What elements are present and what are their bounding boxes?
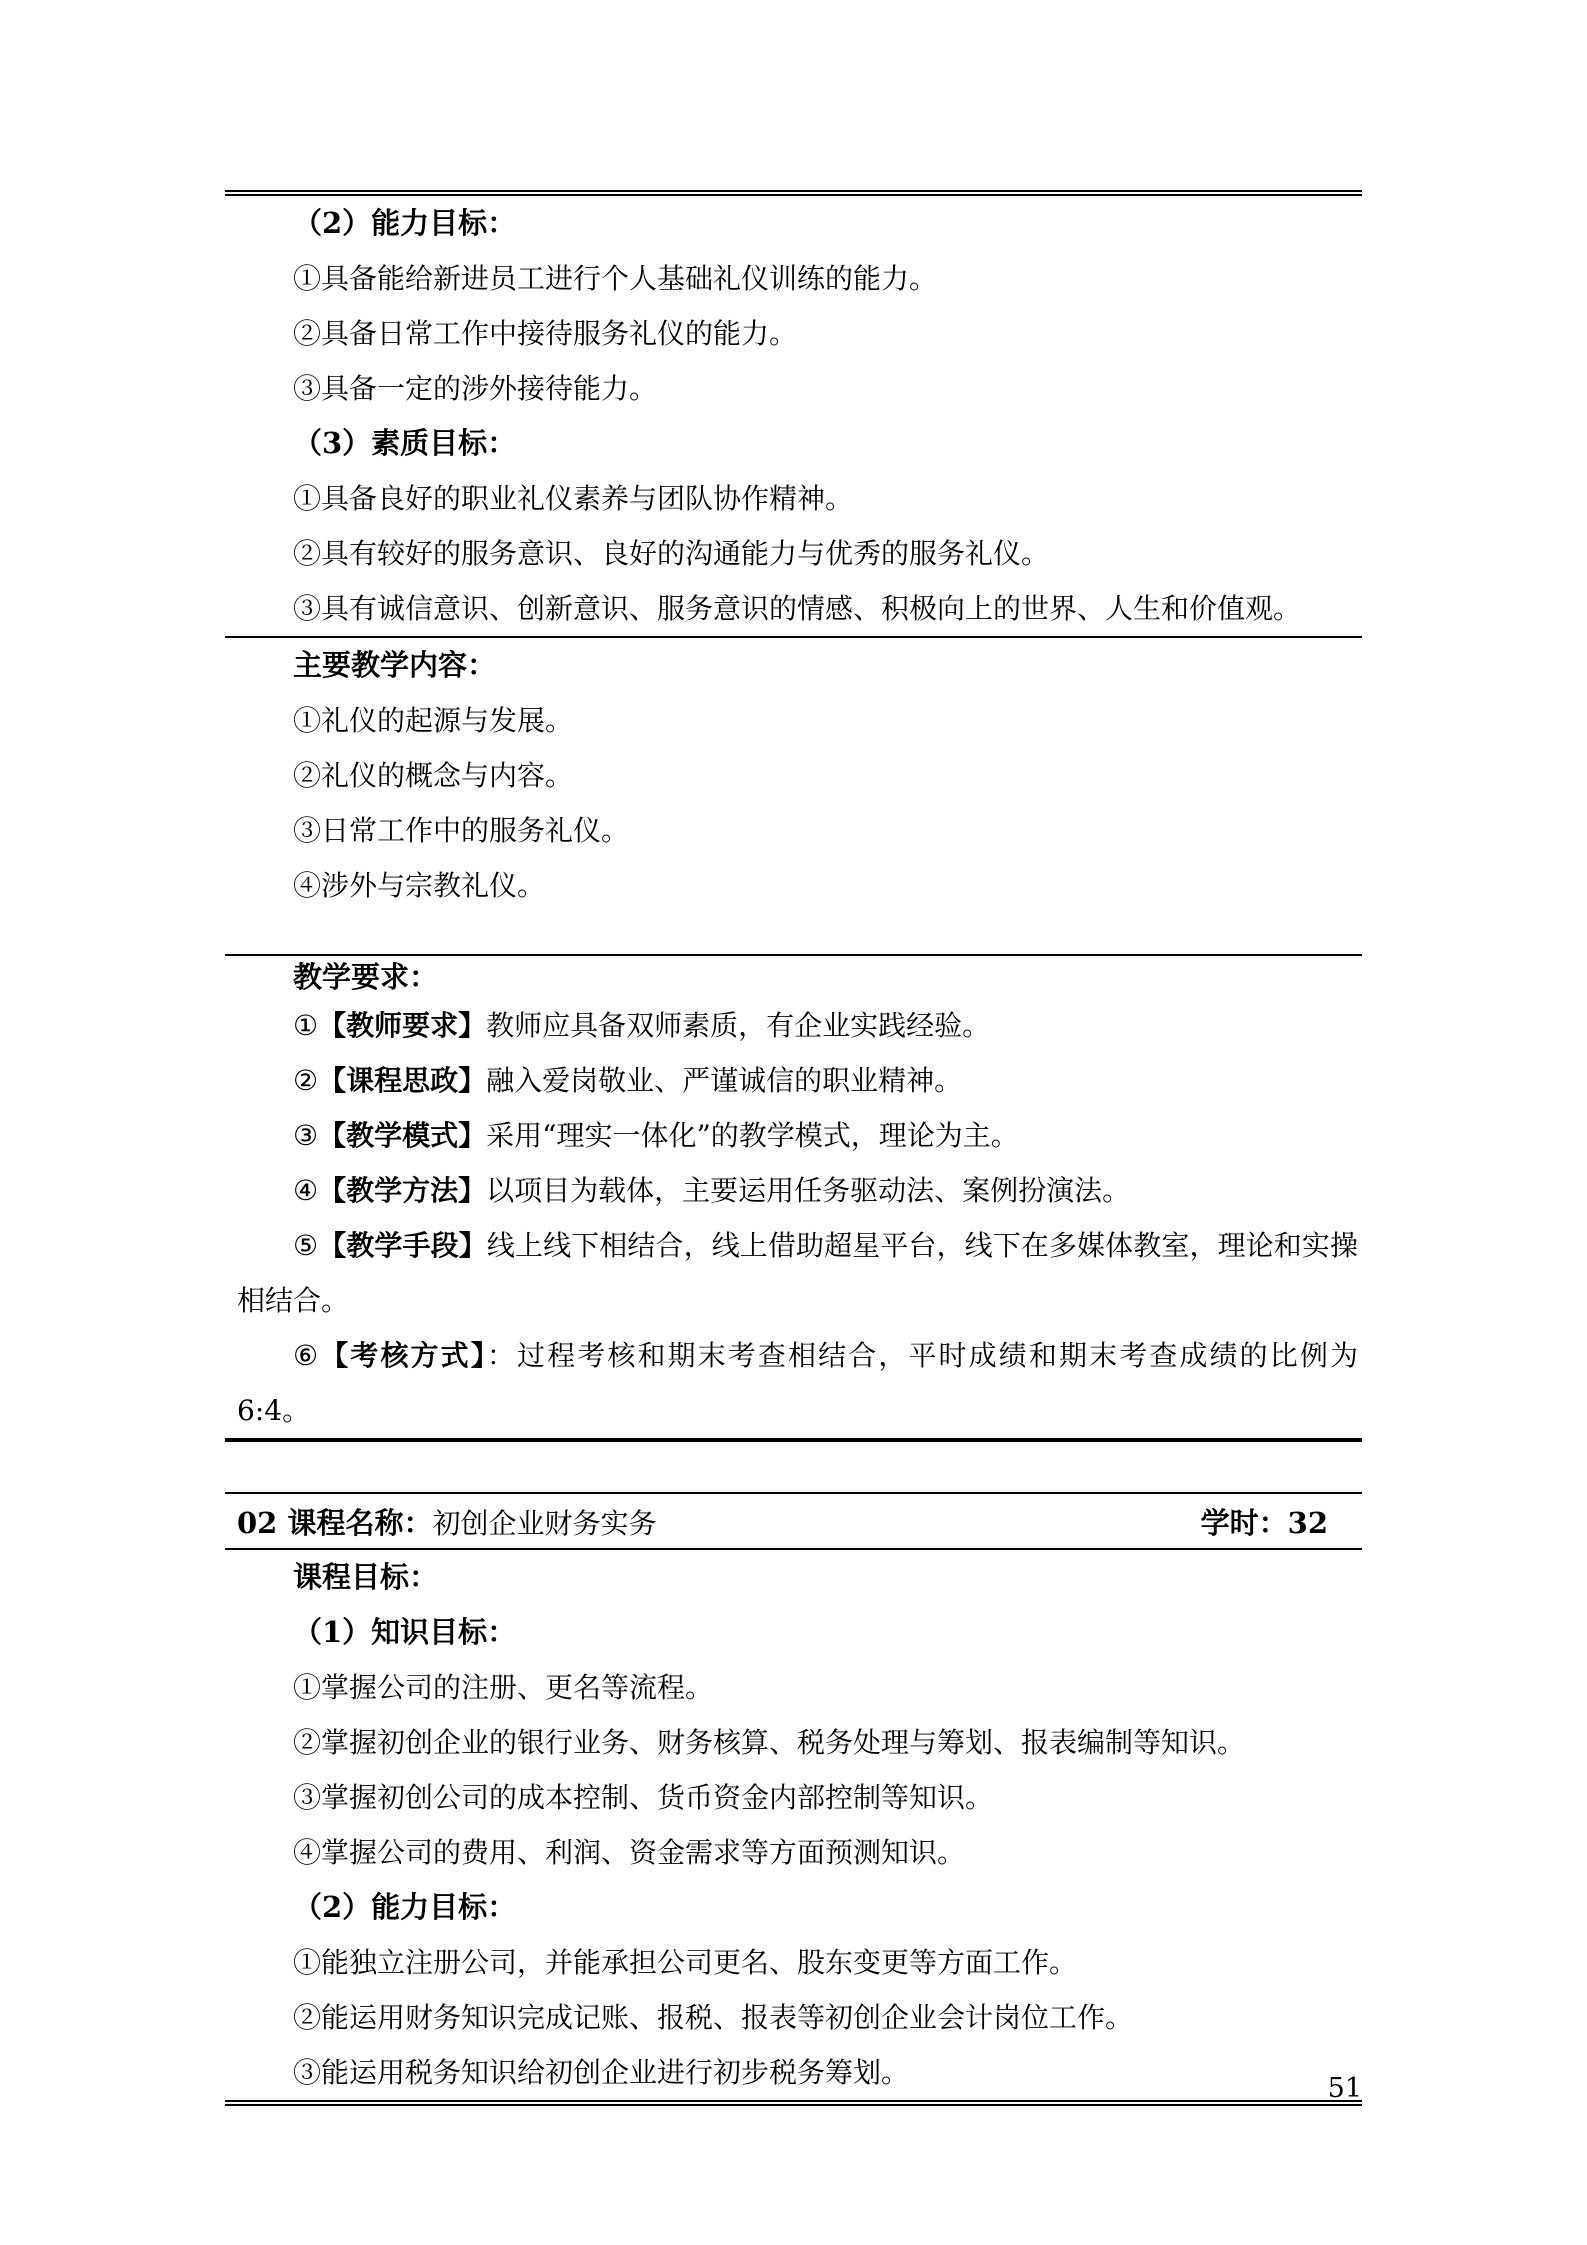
teaching-content-section: 主要教学内容： ①礼仪的起源与发展。 ②礼仪的概念与内容。 ③日常工作中的服务礼… <box>225 636 1362 954</box>
course02-hours-cell: 学时：32 <box>1201 1501 1362 1542</box>
ability-goal-item: ②具备日常工作中接待服务礼仪的能力。 <box>225 306 1362 361</box>
table-gap <box>225 1442 1362 1492</box>
item-text: 融入爱岗敬业、严谨诚信的职业精神。 <box>486 1064 962 1097</box>
item-num: ⑥ <box>293 1339 320 1372</box>
course02-index-label: 02 课程名称： <box>237 1506 432 1540</box>
item-tag: 【课程思政】 <box>318 1064 486 1097</box>
quality-goals-heading: （3）素质目标： <box>225 416 1362 471</box>
course01-goals-section: （2）能力目标： ①具备能给新进员工进行个人基础礼仪训练的能力。 ②具备日常工作… <box>225 190 1362 636</box>
hours-value: 32 <box>1288 1506 1328 1540</box>
course02-goals-section: 课程目标： （1）知识目标： ①掌握公司的注册、更名等流程。 ②掌握初创企业的银… <box>225 1550 1362 2106</box>
ability-goal-item: ①能独立注册公司，并能承担公司更名、股东变更等方面工作。 <box>225 1935 1362 1990</box>
item-tag: 【教学手段】 <box>318 1229 487 1262</box>
quality-goal-item: ②具有较好的服务意识、良好的沟通能力与优秀的服务礼仪。 <box>225 526 1362 581</box>
teaching-content-item: ②礼仪的概念与内容。 <box>225 748 1362 803</box>
knowledge-goal-item: ①掌握公司的注册、更名等流程。 <box>225 1660 1362 1715</box>
item-text: 以项目为载体，主要运用任务驱动法、案例扮演法。 <box>486 1174 1130 1207</box>
teaching-content-item: ④涉外与宗教礼仪。 <box>225 858 1362 913</box>
page-number: 51 <box>225 2072 1362 2106</box>
knowledge-goal-item: ③掌握初创公司的成本控制、货币资金内部控制等知识。 <box>225 1770 1362 1825</box>
quality-goal-item: ①具备良好的职业礼仪素养与团队协作精神。 <box>225 471 1362 526</box>
syllabus-table: （2）能力目标： ①具备能给新进员工进行个人基础礼仪训练的能力。 ②具备日常工作… <box>225 190 1362 2106</box>
item-num: ① <box>293 1009 318 1042</box>
item-tag: 【考核方式】 <box>320 1339 487 1372</box>
quality-goal-item: ③具有诚信意识、创新意识、服务意识的情感、积极向上的世界、人生和价值观。 <box>225 581 1362 636</box>
teaching-requirement-item: ④【教学方法】以项目为载体，主要运用任务驱动法、案例扮演法。 <box>225 1163 1362 1218</box>
hours-label: 学时： <box>1201 1506 1288 1540</box>
item-num: ④ <box>293 1174 318 1207</box>
knowledge-goal-item: ②掌握初创企业的银行业务、财务核算、税务处理与筹划、报表编制等知识。 <box>225 1715 1362 1770</box>
ability-goal-item: ②能运用财务知识完成记账、报税、报表等初创企业会计岗位工作。 <box>225 1990 1362 2045</box>
ability-goal-item: ①具备能给新进员工进行个人基础礼仪训练的能力。 <box>225 251 1362 306</box>
item-num: ② <box>293 1064 318 1097</box>
ability-goal-item: ③具备一定的涉外接待能力。 <box>225 361 1362 416</box>
document-page: （2）能力目标： ①具备能给新进员工进行个人基础礼仪训练的能力。 ②具备日常工作… <box>0 0 1587 2245</box>
course02-name: 初创企业财务实务 <box>432 1507 656 1540</box>
item-tag: 【教学方法】 <box>318 1174 486 1207</box>
course02-name-cell: 02 课程名称：初创企业财务实务 <box>225 1501 656 1542</box>
teaching-requirement-item: ③【教学模式】采用“理实一体化”的教学模式，理论为主。 <box>225 1108 1362 1163</box>
item-tag: 【教师要求】 <box>318 1009 486 1042</box>
knowledge-goals-heading: （1）知识目标： <box>225 1605 1362 1660</box>
teaching-content-heading: 主要教学内容： <box>225 638 1362 693</box>
item-tag: 【教学模式】 <box>318 1119 486 1152</box>
item-num: ③ <box>293 1119 318 1152</box>
item-text: 教师应具备双师素质，有企业实践经验。 <box>486 1009 990 1042</box>
teaching-requirements-section: 教学要求： ①【教师要求】教师应具备双师素质，有企业实践经验。 ②【课程思政】融… <box>225 954 1362 1442</box>
ability-goals-heading: （2）能力目标： <box>225 196 1362 251</box>
ability-goals-heading: （2）能力目标： <box>225 1880 1362 1935</box>
item-text: 采用“理实一体化”的教学模式，理论为主。 <box>486 1119 1019 1152</box>
teaching-requirement-item: ⑤【教学手段】线上线下相结合，线上借助超星平台，线下在多媒体教室，理论和实操相结… <box>225 1218 1362 1328</box>
course02-header-row: 02 课程名称：初创企业财务实务 学时：32 <box>225 1492 1362 1550</box>
teaching-requirements-heading: 教学要求： <box>225 956 1362 998</box>
teaching-content-item: ①礼仪的起源与发展。 <box>225 693 1362 748</box>
knowledge-goal-item: ④掌握公司的费用、利润、资金需求等方面预测知识。 <box>225 1825 1362 1880</box>
teaching-content-item: ③日常工作中的服务礼仪。 <box>225 803 1362 858</box>
teaching-requirement-item: ②【课程思政】融入爱岗敬业、严谨诚信的职业精神。 <box>225 1053 1362 1108</box>
teaching-requirement-item: ①【教师要求】教师应具备双师素质，有企业实践经验。 <box>225 998 1362 1053</box>
course-goal-heading: 课程目标： <box>225 1550 1362 1605</box>
teaching-requirement-item: ⑥【考核方式】：过程考核和期末考查相结合，平时成绩和期末考查成绩的比例为 6:4… <box>225 1328 1362 1438</box>
item-num: ⑤ <box>293 1229 318 1262</box>
